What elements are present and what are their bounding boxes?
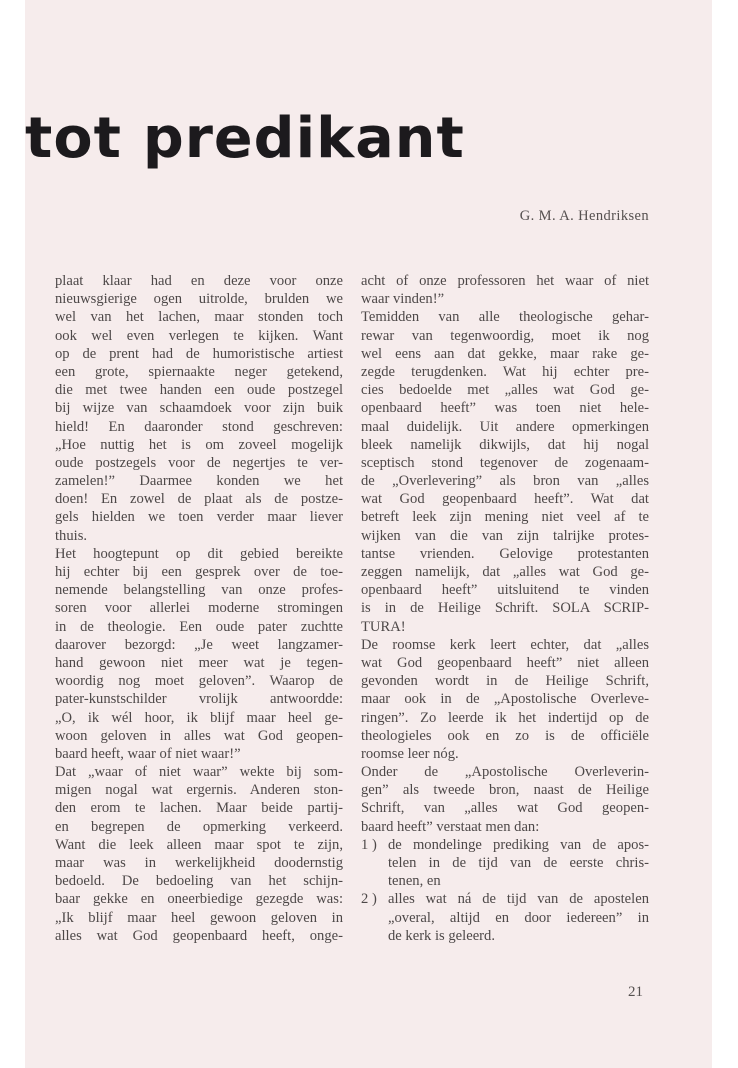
text-line: zeggen namelijk, dat „alles wat God ge- — [361, 563, 649, 581]
paragraph-end-line: baard heeft” verstaat men dan: — [361, 818, 649, 836]
text-line: Temidden van alle theologische gehar- — [361, 308, 649, 326]
text-line: in de theologie. Een oude pater zuchtte — [55, 618, 343, 636]
text-line: de „Overlevering” als bron van „alles — [361, 472, 649, 490]
paragraph-end-line: de kerk is geleerd. — [388, 927, 649, 945]
paragraph-end-line: tenen, en — [388, 872, 649, 890]
text-line: zegde terugdenken. Wat hij echter pre- — [361, 363, 649, 381]
text-line: „Ik blijf maar heel gewoon geloven in — [55, 909, 343, 927]
text-line: cies bedoelde met „alles wat God ge- — [361, 381, 649, 399]
page-number: 21 — [628, 984, 643, 1001]
text-line: De roomse kerk leert echter, dat „alles — [361, 636, 649, 654]
text-line: de mondelinge prediking van de apos- — [388, 836, 649, 854]
text-line: bij wijze van schaamdoek voor zijn buik — [55, 399, 343, 417]
text-line: plaat klaar had en deze voor onze — [55, 272, 343, 290]
text-line: alles wat God geopenbaard heeft, onge- — [55, 927, 343, 945]
text-line: zamelen!” Daarmee konden we het — [55, 472, 343, 490]
text-line: op de prent had de humoristische artiest — [55, 345, 343, 363]
paragraph-end-line: baard heeft, waar of niet waar!” — [55, 745, 343, 763]
text-line: gen” als tweede bron, naast de Heilige — [361, 781, 649, 799]
text-line: openbaard heeft” uitsluitend te vinden — [361, 581, 649, 599]
text-line: theologieles ook en zo is de officiële — [361, 727, 649, 745]
paragraph-end-line: roomse leer nóg. — [361, 745, 649, 763]
right-column: acht of onze professoren het waar of nie… — [361, 272, 649, 945]
text-line: Het hoogtepunt op dit gebied bereikte — [55, 545, 343, 563]
text-line: Dat „waar of niet waar” wekte bij som- — [55, 763, 343, 781]
list-number: 2 ) — [361, 890, 377, 908]
paragraph-end-line: TURA! — [361, 618, 649, 636]
text-line: wat God geopenbaard heeft” niet alleen — [361, 654, 649, 672]
text-line: een grote, spiernaakte neger getekend, — [55, 363, 343, 381]
article-title: tot predikant — [25, 104, 465, 174]
text-line: pater-kunstschilder vrolijk antwoordde: — [55, 690, 343, 708]
text-line: acht of onze professoren het waar of nie… — [361, 272, 649, 290]
text-line: rewar van tegenwoordig, moet ik nog — [361, 327, 649, 345]
text-line: Schrift, van „alles wat God geopen- — [361, 799, 649, 817]
list-item-1: 1 ) de mondelinge prediking van de apos-… — [361, 836, 649, 891]
left-column: plaat klaar had en deze voor onze nieuws… — [55, 272, 343, 945]
text-line: wat God geopenbaard heeft”. Wat dat — [361, 490, 649, 508]
text-line: maar ook in de „Apostolische Overleve- — [361, 690, 649, 708]
text-line: „overal, altijd en door iedereen” in — [388, 909, 649, 927]
text-line: Onder de „Apostolische Overleverin- — [361, 763, 649, 781]
text-line: doen! En zowel de plaat als de postze- — [55, 490, 343, 508]
text-line: hield! En daaronder stond geschreven: — [55, 418, 343, 436]
list-item-2: 2 ) alles wat ná de tijd van de apostele… — [361, 890, 649, 945]
text-line: ook wel even verlegen te kijken. Want — [55, 327, 343, 345]
text-line: wijken van die van zijn talrijke protes- — [361, 527, 649, 545]
text-line: hij echter bij een gesprek over de toe- — [55, 563, 343, 581]
text-line: alles wat ná de tijd van de apostelen — [388, 890, 649, 908]
text-line: telen in de tijd van de eerste chris- — [388, 854, 649, 872]
text-line: tantse vrienden. Gelovige protestanten — [361, 545, 649, 563]
text-line: „O, ik wél hoor, ik blijf maar heel ge- — [55, 709, 343, 727]
text-line: hand gewoon niet meer wat je tegen- — [55, 654, 343, 672]
text-line: nemende belangstelling van onze profes- — [55, 581, 343, 599]
text-line: woon geloven in alles wat God geopen- — [55, 727, 343, 745]
text-line: bleek namelijk dikwijls, dat hij nogal — [361, 436, 649, 454]
text-line: „Hoe nuttig het is om zoveel mogelijk — [55, 436, 343, 454]
text-line: bedoeld. De bedoeling van het schijn- — [55, 872, 343, 890]
text-line: die met twee handen een oude postzegel — [55, 381, 343, 399]
text-line: woordig nog moet geloven”. Waarop de — [55, 672, 343, 690]
text-line: is in de Heilige Schrift. SOLA SCRIP- — [361, 599, 649, 617]
text-line: en begrepen de opmerking verkeerd. — [55, 818, 343, 836]
text-line: gels hielden we toen verder maar liever — [55, 508, 343, 526]
text-line: betreft leek zijn mening niet veel af te — [361, 508, 649, 526]
text-line: daarover bezorgd: „Je weet langzamer- — [55, 636, 343, 654]
paragraph-end-line: waar vinden!” — [361, 290, 649, 308]
text-line: migen nogal wat ergernis. Anderen ston- — [55, 781, 343, 799]
paragraph-end-line: thuis. — [55, 527, 343, 545]
text-line: sceptisch stond tegenover de zogenaam- — [361, 454, 649, 472]
text-line: wel eens aan dat gekke, maar rake ge- — [361, 345, 649, 363]
text-line: soren voor allerlei moderne stromingen — [55, 599, 343, 617]
article-author: G. M. A. Hendriksen — [520, 208, 649, 225]
text-line: oude postzegels voor de negertjes te ver… — [55, 454, 343, 472]
text-line: nieuwsgierige ogen uitrolde, brulden we — [55, 290, 343, 308]
text-line: baar gekke en oneerbiedige gezegde was: — [55, 890, 343, 908]
text-line: ringen”. Zo leerde ik het indertijd op d… — [361, 709, 649, 727]
text-line: Want die leek alleen maar spot te zijn, — [55, 836, 343, 854]
text-line: maar was in werkelijkheid doodernstig — [55, 854, 343, 872]
text-line: wel van het lachen, maar stonden toch — [55, 308, 343, 326]
text-line: openbaard heeft” was toen niet hele- — [361, 399, 649, 417]
text-line: den erom te lachen. Maar beide partij- — [55, 799, 343, 817]
text-line: gevonden wordt in de Heilige Schrift, — [361, 672, 649, 690]
text-line: maal duidelijk. Uit andere opmerkingen — [361, 418, 649, 436]
list-number: 1 ) — [361, 836, 377, 854]
